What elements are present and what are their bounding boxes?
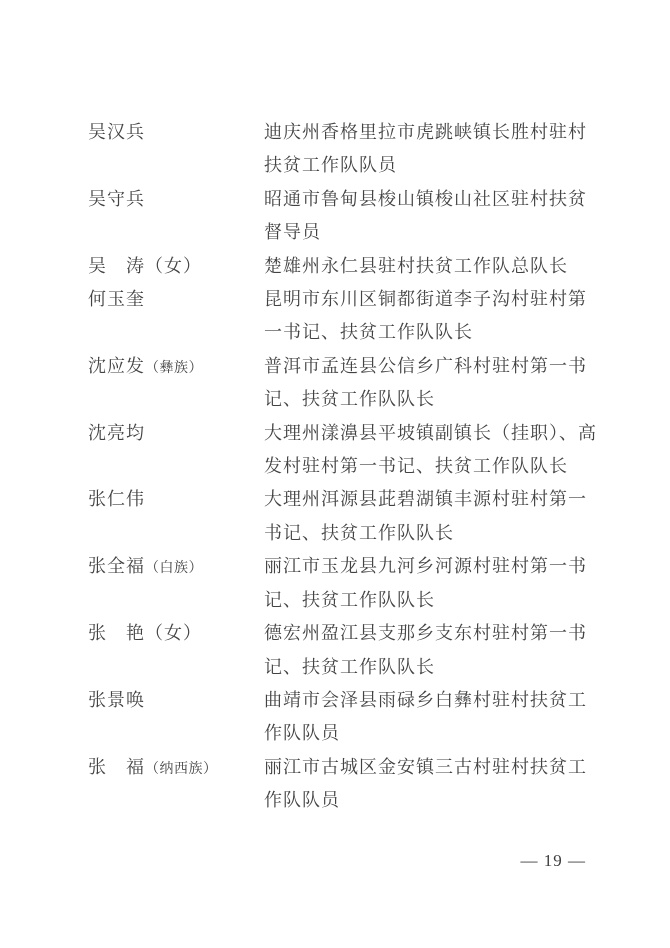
title-line: 昭通市鲁甸县梭山镇梭山社区驻村扶贫 [264, 183, 587, 216]
recipient-name: 沈亮均 [88, 423, 145, 443]
recipient-name: 吴 涛（女） [88, 256, 202, 276]
list-item: 沈亮均 大理州漾濞县平坡镇副镇长（挂职）、高 发村驻村第一书记、扶贫工作队队长 [88, 417, 597, 484]
recipient-name-cell: 张 福（纳西族） [88, 751, 264, 786]
title-line: 昆明市东川区铜都街道李子沟村驻村第 [264, 283, 587, 316]
recipient-name: 张 福 [88, 757, 145, 777]
title-line: 迪庆州香格里拉市虎跳峡镇长胜村驻村 [264, 116, 587, 149]
page-number: — 19 — [521, 851, 587, 871]
list-item: 沈应发（彝族） 普洱市孟连县公信乡广科村驻村第一书 记、扶贫工作队队长 [88, 350, 597, 417]
title-line: 书记、扶贫工作队队长 [264, 517, 587, 550]
title-line: 大理州洱源县茈碧湖镇丰源村驻村第一 [264, 483, 587, 516]
recipient-title: 昆明市东川区铜都街道李子沟村驻村第 一书记、扶贫工作队队长 [264, 283, 587, 350]
recipient-title: 昭通市鲁甸县梭山镇梭山社区驻村扶贫 督导员 [264, 183, 587, 250]
recipient-name-cell: 吴 涛（女） [88, 250, 264, 283]
title-line: 曲靖市会泽县雨碌乡白彝村驻村扶贫工 [264, 684, 587, 717]
recipient-name: 张 艳（女） [88, 623, 202, 643]
recipient-name-cell: 张仁伟 [88, 483, 264, 516]
recipient-name-cell: 沈应发（彝族） [88, 350, 264, 385]
title-line: 大理州漾濞县平坡镇副镇长（挂职）、高 [264, 417, 597, 450]
recipients-list: 吴汉兵 迪庆州香格里拉市虎跳峡镇长胜村驻村 扶贫工作队队员 吴守兵 昭通市鲁甸县… [88, 116, 597, 818]
list-item: 张全福（白族） 丽江市玉龙县九河乡河源村驻村第一书 记、扶贫工作队队长 [88, 550, 597, 617]
title-line: 记、扶贫工作队队长 [264, 651, 587, 684]
recipient-name-cell: 吴守兵 [88, 183, 264, 216]
list-item: 吴 涛（女） 楚雄州永仁县驻村扶贫工作队总队长 [88, 250, 597, 283]
recipient-name-cell: 吴汉兵 [88, 116, 264, 149]
title-line: 督导员 [264, 216, 587, 249]
recipient-title: 德宏州盈江县支那乡支东村驻村第一书 记、扶贫工作队队长 [264, 617, 587, 684]
recipient-name-cell: 张 艳（女） [88, 617, 264, 650]
recipient-title: 楚雄州永仁县驻村扶贫工作队总队长 [264, 250, 568, 283]
recipient-title: 丽江市古城区金安镇三古村驻村扶贫工 作队队员 [264, 751, 587, 818]
list-item: 何玉奎 昆明市东川区铜都街道李子沟村驻村第 一书记、扶贫工作队队长 [88, 283, 597, 350]
recipient-name-cell: 沈亮均 [88, 417, 264, 450]
recipient-name: 何玉奎 [88, 289, 145, 309]
ethnicity-note: （纳西族） [145, 762, 218, 777]
title-line: 一书记、扶贫工作队队长 [264, 316, 587, 349]
recipient-name: 沈应发 [88, 356, 145, 376]
recipient-name: 张景唤 [88, 690, 145, 710]
recipient-name: 吴守兵 [88, 189, 145, 209]
list-item: 张 福（纳西族） 丽江市古城区金安镇三古村驻村扶贫工 作队队员 [88, 751, 597, 818]
ethnicity-note: （白族） [145, 561, 203, 576]
recipient-name-cell: 何玉奎 [88, 283, 264, 316]
title-line: 记、扶贫工作队队长 [264, 584, 587, 617]
list-item: 张景唤 曲靖市会泽县雨碌乡白彝村驻村扶贫工 作队队员 [88, 684, 597, 751]
title-line: 普洱市孟连县公信乡广科村驻村第一书 [264, 350, 587, 383]
document-page: 吴汉兵 迪庆州香格里拉市虎跳峡镇长胜村驻村 扶贫工作队队员 吴守兵 昭通市鲁甸县… [0, 0, 670, 948]
recipient-name: 张全福 [88, 556, 145, 576]
recipient-name: 吴汉兵 [88, 122, 145, 142]
recipient-name-cell: 张景唤 [88, 684, 264, 717]
recipient-title: 普洱市孟连县公信乡广科村驻村第一书 记、扶贫工作队队长 [264, 350, 587, 417]
title-line: 丽江市古城区金安镇三古村驻村扶贫工 [264, 751, 587, 784]
list-item: 吴守兵 昭通市鲁甸县梭山镇梭山社区驻村扶贫 督导员 [88, 183, 597, 250]
recipient-title: 大理州洱源县茈碧湖镇丰源村驻村第一 书记、扶贫工作队队长 [264, 483, 587, 550]
title-line: 扶贫工作队队员 [264, 149, 587, 182]
title-line: 发村驻村第一书记、扶贫工作队队长 [264, 450, 597, 483]
recipient-title: 迪庆州香格里拉市虎跳峡镇长胜村驻村 扶贫工作队队员 [264, 116, 587, 183]
recipient-title: 曲靖市会泽县雨碌乡白彝村驻村扶贫工 作队队员 [264, 684, 587, 751]
title-line: 丽江市玉龙县九河乡河源村驻村第一书 [264, 550, 587, 583]
title-line: 作队队员 [264, 784, 587, 817]
recipient-title: 大理州漾濞县平坡镇副镇长（挂职）、高 发村驻村第一书记、扶贫工作队队长 [264, 417, 597, 484]
title-line: 德宏州盈江县支那乡支东村驻村第一书 [264, 617, 587, 650]
recipient-title: 丽江市玉龙县九河乡河源村驻村第一书 记、扶贫工作队队长 [264, 550, 587, 617]
list-item: 张 艳（女） 德宏州盈江县支那乡支东村驻村第一书 记、扶贫工作队队长 [88, 617, 597, 684]
recipient-name: 张仁伟 [88, 489, 145, 509]
recipient-name-cell: 张全福（白族） [88, 550, 264, 585]
title-line: 记、扶贫工作队队长 [264, 383, 587, 416]
list-item: 吴汉兵 迪庆州香格里拉市虎跳峡镇长胜村驻村 扶贫工作队队员 [88, 116, 597, 183]
list-item: 张仁伟 大理州洱源县茈碧湖镇丰源村驻村第一 书记、扶贫工作队队长 [88, 483, 597, 550]
title-line: 楚雄州永仁县驻村扶贫工作队总队长 [264, 250, 568, 283]
title-line: 作队队员 [264, 717, 587, 750]
ethnicity-note: （彝族） [145, 361, 203, 376]
